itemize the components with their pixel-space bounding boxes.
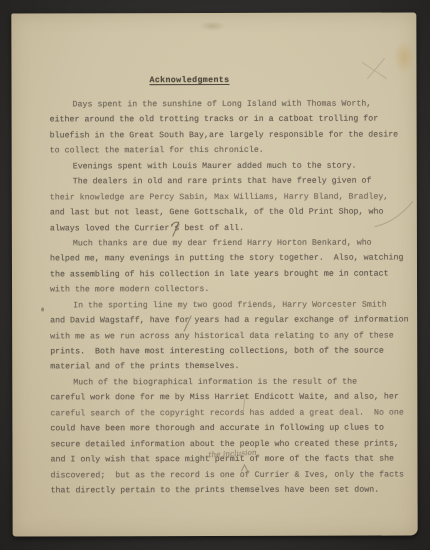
text-line: to collect the material for this chronic… bbox=[50, 143, 410, 159]
text-line: Much of the biographical information is … bbox=[50, 374, 410, 390]
paper-stain bbox=[199, 21, 225, 31]
text-line: with the more modern collectors. bbox=[50, 282, 410, 298]
text-line: careful search of the copyright records … bbox=[50, 405, 410, 421]
text-line: and last but not least, Gene Gottschalk,… bbox=[50, 205, 410, 221]
text-line: prints. Both have most interesting colle… bbox=[50, 343, 410, 359]
text-line: the assembling of his collection in late… bbox=[50, 266, 410, 282]
text-line: The dealers in old and rare prints that … bbox=[50, 174, 410, 190]
document-page: Acknowledgments Days spent in the sunshi… bbox=[11, 12, 417, 536]
photo-background: Acknowledgments Days spent in the sunshi… bbox=[0, 0, 430, 550]
text-line: and David Wagstaff, have for years had a… bbox=[50, 313, 410, 329]
text-line: material and of the prints themselves. bbox=[50, 359, 410, 375]
text-line: Evenings spent with Louis Maurer added m… bbox=[50, 158, 410, 174]
text-line: their knowledge are Percy Sabin, Max Wil… bbox=[50, 189, 410, 205]
text-line: always loved the Currier's best of all. bbox=[50, 220, 410, 236]
page-title: Acknowledgments bbox=[149, 76, 229, 85]
pencil-x-mark-icon bbox=[362, 59, 386, 79]
text-line: helped me, many evenings in putting the … bbox=[50, 251, 410, 267]
typewritten-text: Days spent in the sunshine of Long Islan… bbox=[50, 96, 411, 498]
text-line: could have been more thorough and accura… bbox=[50, 421, 410, 437]
text-line: In the sporting line my two good friends… bbox=[50, 297, 410, 313]
text-line: careful work done for me by Miss Harriet… bbox=[50, 390, 410, 406]
paper-speck bbox=[41, 307, 44, 311]
paper-stain bbox=[393, 40, 415, 74]
text-line: that directly pertain to the prints them… bbox=[51, 482, 411, 498]
text-line: bluefish in the Great South Bay,are larg… bbox=[50, 127, 410, 143]
text-line: with me as we run across any historical … bbox=[50, 328, 410, 344]
text-line: Much thanks are due my dear friend Harry… bbox=[50, 235, 410, 251]
text-line: Days spent in the sunshine of Long Islan… bbox=[50, 96, 410, 112]
text-line: either around the old trotting tracks or… bbox=[50, 112, 410, 128]
text-line: discovered; but as the record is one of … bbox=[51, 467, 411, 483]
